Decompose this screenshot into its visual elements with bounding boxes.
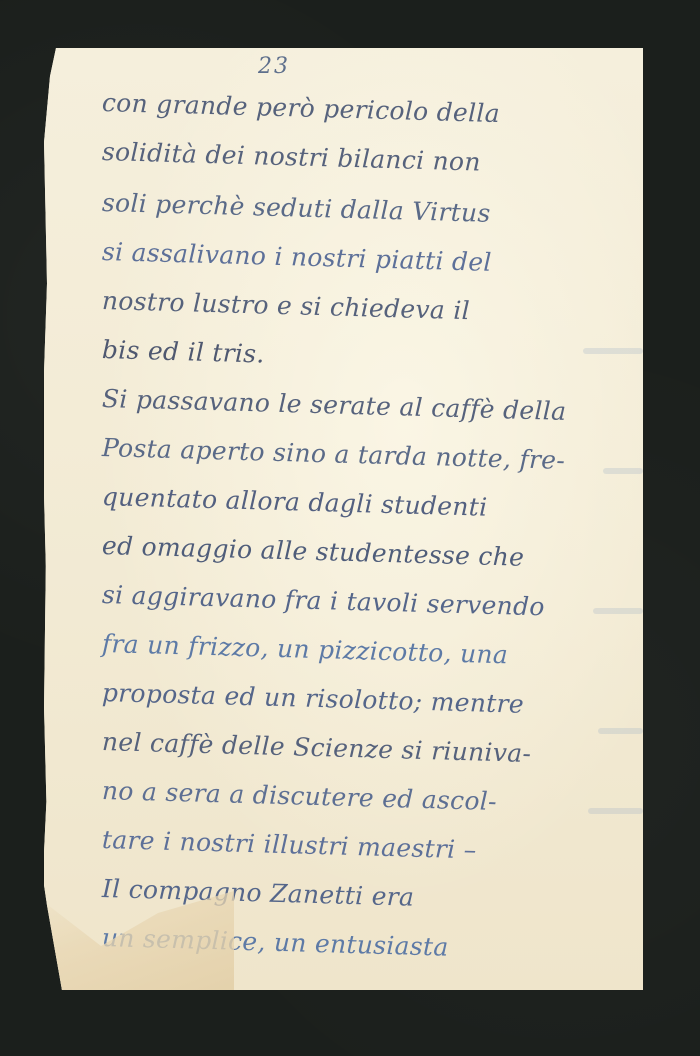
handwritten-text-block: con grande però pericolo della solidità … bbox=[102, 80, 622, 890]
manuscript-page: 23 con grande però pericolo della solidi… bbox=[44, 48, 643, 990]
page-number: 23 bbox=[258, 54, 290, 79]
text-line: solidità dei nostri bilanci non bbox=[101, 129, 622, 189]
